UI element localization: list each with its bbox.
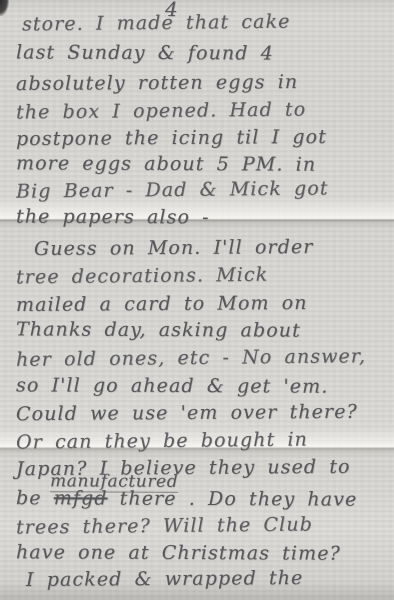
- letter-line: store. I made that cake: [22, 11, 291, 36]
- letter-line: I packed & wrapped the: [26, 567, 304, 591]
- letter-line: Big Bear - Dad & Mick got: [16, 177, 329, 202]
- corner-mark: [0, 0, 9, 16]
- letter-line: tree decorations. Mick: [16, 264, 268, 289]
- letter-line: postpone the icing til I got: [16, 126, 327, 150]
- letter-line: Or can they be bought in: [16, 428, 308, 453]
- letter-line: Could we use 'em over there?: [16, 401, 358, 425]
- letter-line: mailed a card to Mom on: [16, 292, 308, 316]
- letter-page: 4 store. I made that cake last Sunday & …: [0, 0, 394, 600]
- letter-line-with-correction: be mfgd there . Do they have manufacture…: [16, 487, 394, 511]
- letter-line: so I'll go ahead & get 'em.: [16, 374, 328, 397]
- letter-line: trees there? Will the Club: [16, 513, 313, 538]
- edit-before-text: be: [16, 487, 54, 509]
- letter-line: have one at Christmas time?: [16, 541, 341, 564]
- letter-line: Thanks day, asking about: [16, 318, 301, 341]
- letter-line: her old ones, etc - No answer,: [16, 345, 366, 371]
- letter-line: Guess on Mon. I'll order: [34, 236, 314, 260]
- letter-line: more eggs about 5 PM. in: [16, 152, 316, 175]
- letter-line: absolutely rotten eggs in: [16, 71, 298, 95]
- letter-line: the box I opened. Had to: [16, 98, 306, 123]
- inserted-word-above-line: manufactured: [50, 471, 178, 493]
- letter-line: last Sunday & found 4: [16, 41, 274, 64]
- letter-line: the papers also -: [16, 206, 210, 229]
